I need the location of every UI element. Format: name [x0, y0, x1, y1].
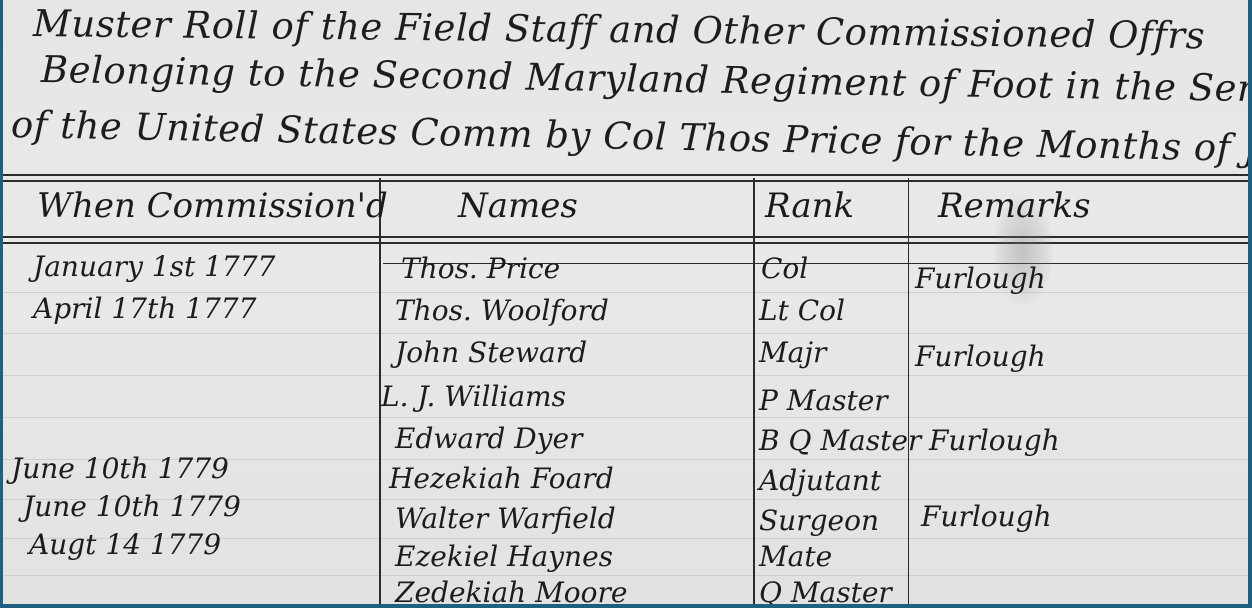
row-7-remarks: Furlough	[921, 500, 1052, 533]
header-remarks: Remarks	[938, 186, 1091, 226]
row-7-when: June 10th 1779	[23, 490, 241, 523]
paper-ruling	[3, 333, 1248, 334]
row-3-rank: Majr	[759, 336, 826, 369]
row-9-name: Zedekiah Moore	[395, 576, 627, 604]
header-rank: Rank	[765, 186, 854, 226]
row-4-name: L. J. Williams	[381, 380, 566, 413]
header-when-commissioned: When Commission'd	[37, 186, 388, 226]
row-6-name: Hezekiah Foard	[389, 462, 614, 495]
row-3-remarks: Furlough	[915, 340, 1046, 373]
row-7-name: Walter Warfield	[395, 502, 616, 535]
row-7-rank: Surgeon	[759, 504, 879, 537]
paper-ruling	[3, 417, 1248, 418]
column-divider-2	[753, 178, 755, 604]
muster-roll-page: Muster Roll of the Field Staff and Other…	[3, 0, 1248, 604]
row-2-when: April 17th 1777	[33, 292, 256, 325]
row-9-rank: Q Master	[759, 576, 892, 604]
row-5-name: Edward Dyer	[395, 422, 582, 455]
row-8-name: Ezekiel Haynes	[395, 540, 613, 573]
header-names: Names	[458, 186, 578, 226]
table-top-rule	[3, 174, 1248, 176]
row-8-when: Augt 14 1779	[29, 528, 221, 561]
row-4-rank: P Master	[759, 384, 888, 417]
title-line-1: Muster Roll of the Field Staff and Other…	[33, 2, 1206, 57]
title-line-2: Belonging to the Second Maryland Regimen…	[41, 48, 1248, 111]
row-1-rank: Col	[761, 252, 808, 285]
column-divider-3	[908, 178, 909, 604]
row-8-rank: Mate	[759, 540, 832, 573]
row-3-name: John Steward	[395, 336, 587, 369]
row-6-when: June 10th 1779	[11, 452, 229, 485]
header-bottom-rule-2	[3, 242, 1248, 244]
title-line-3: of the United States Comm by Col Thos Pr…	[11, 103, 1248, 176]
row-6-rank: Adjutant	[759, 464, 881, 497]
row-5-rank: B Q Master	[759, 424, 921, 457]
row-2-name: Thos. Woolford	[395, 294, 609, 327]
row-2-rank: Lt Col	[759, 294, 845, 327]
paper-ruling	[3, 375, 1248, 376]
row-1-name: Thos. Price	[401, 252, 560, 285]
header-bottom-rule	[3, 236, 1248, 238]
table-top-rule-2	[3, 180, 1248, 182]
row-5-remarks: Furlough	[929, 424, 1060, 457]
row-1-when: January 1st 1777	[33, 250, 275, 283]
row-1-remarks: Furlough	[915, 262, 1046, 295]
